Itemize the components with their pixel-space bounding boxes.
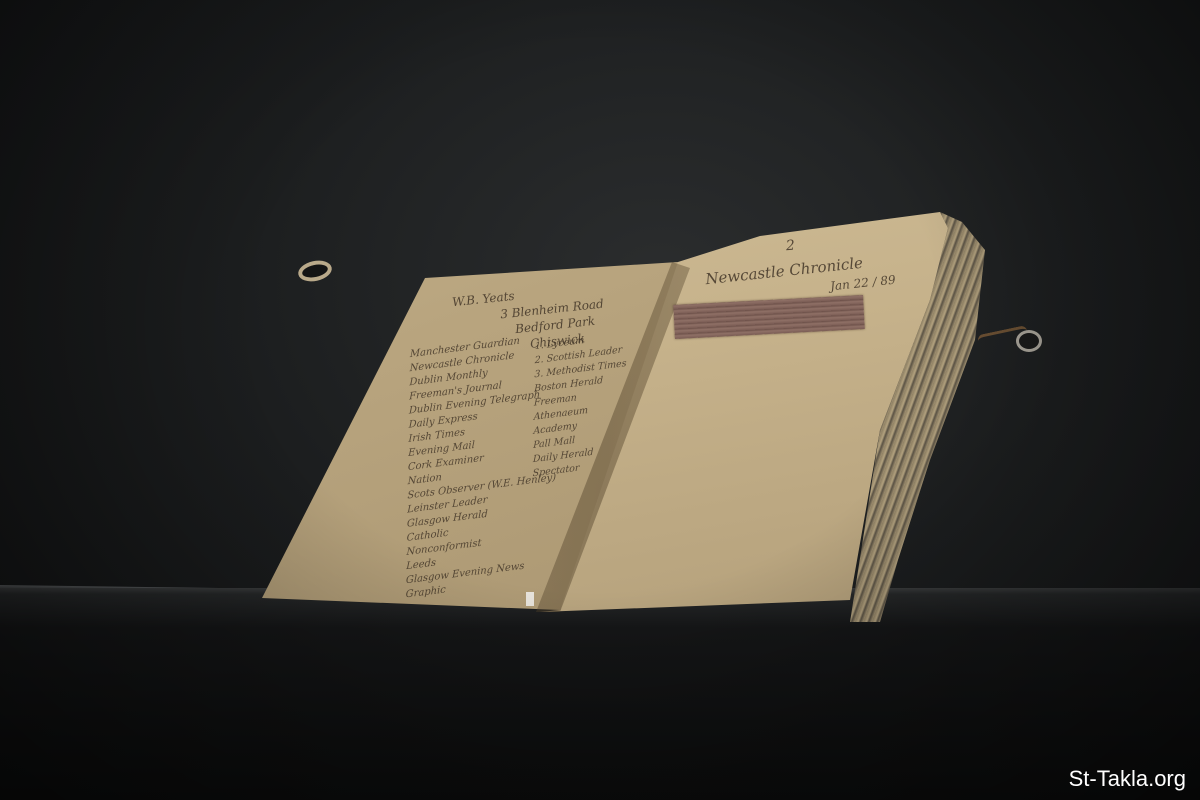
page-number: 2	[785, 238, 795, 255]
clasp-ring	[1016, 330, 1042, 352]
notebook: 2 Newcastle Chronicle Jan 22 / 89 W.B. Y…	[0, 0, 1200, 800]
paper-bookmark	[526, 592, 534, 606]
newspaper-list-right: 1. Lyceum 2. Scottish Leader 3. Methodis…	[533, 329, 628, 482]
watermark: St-Takla.org	[1069, 766, 1186, 792]
